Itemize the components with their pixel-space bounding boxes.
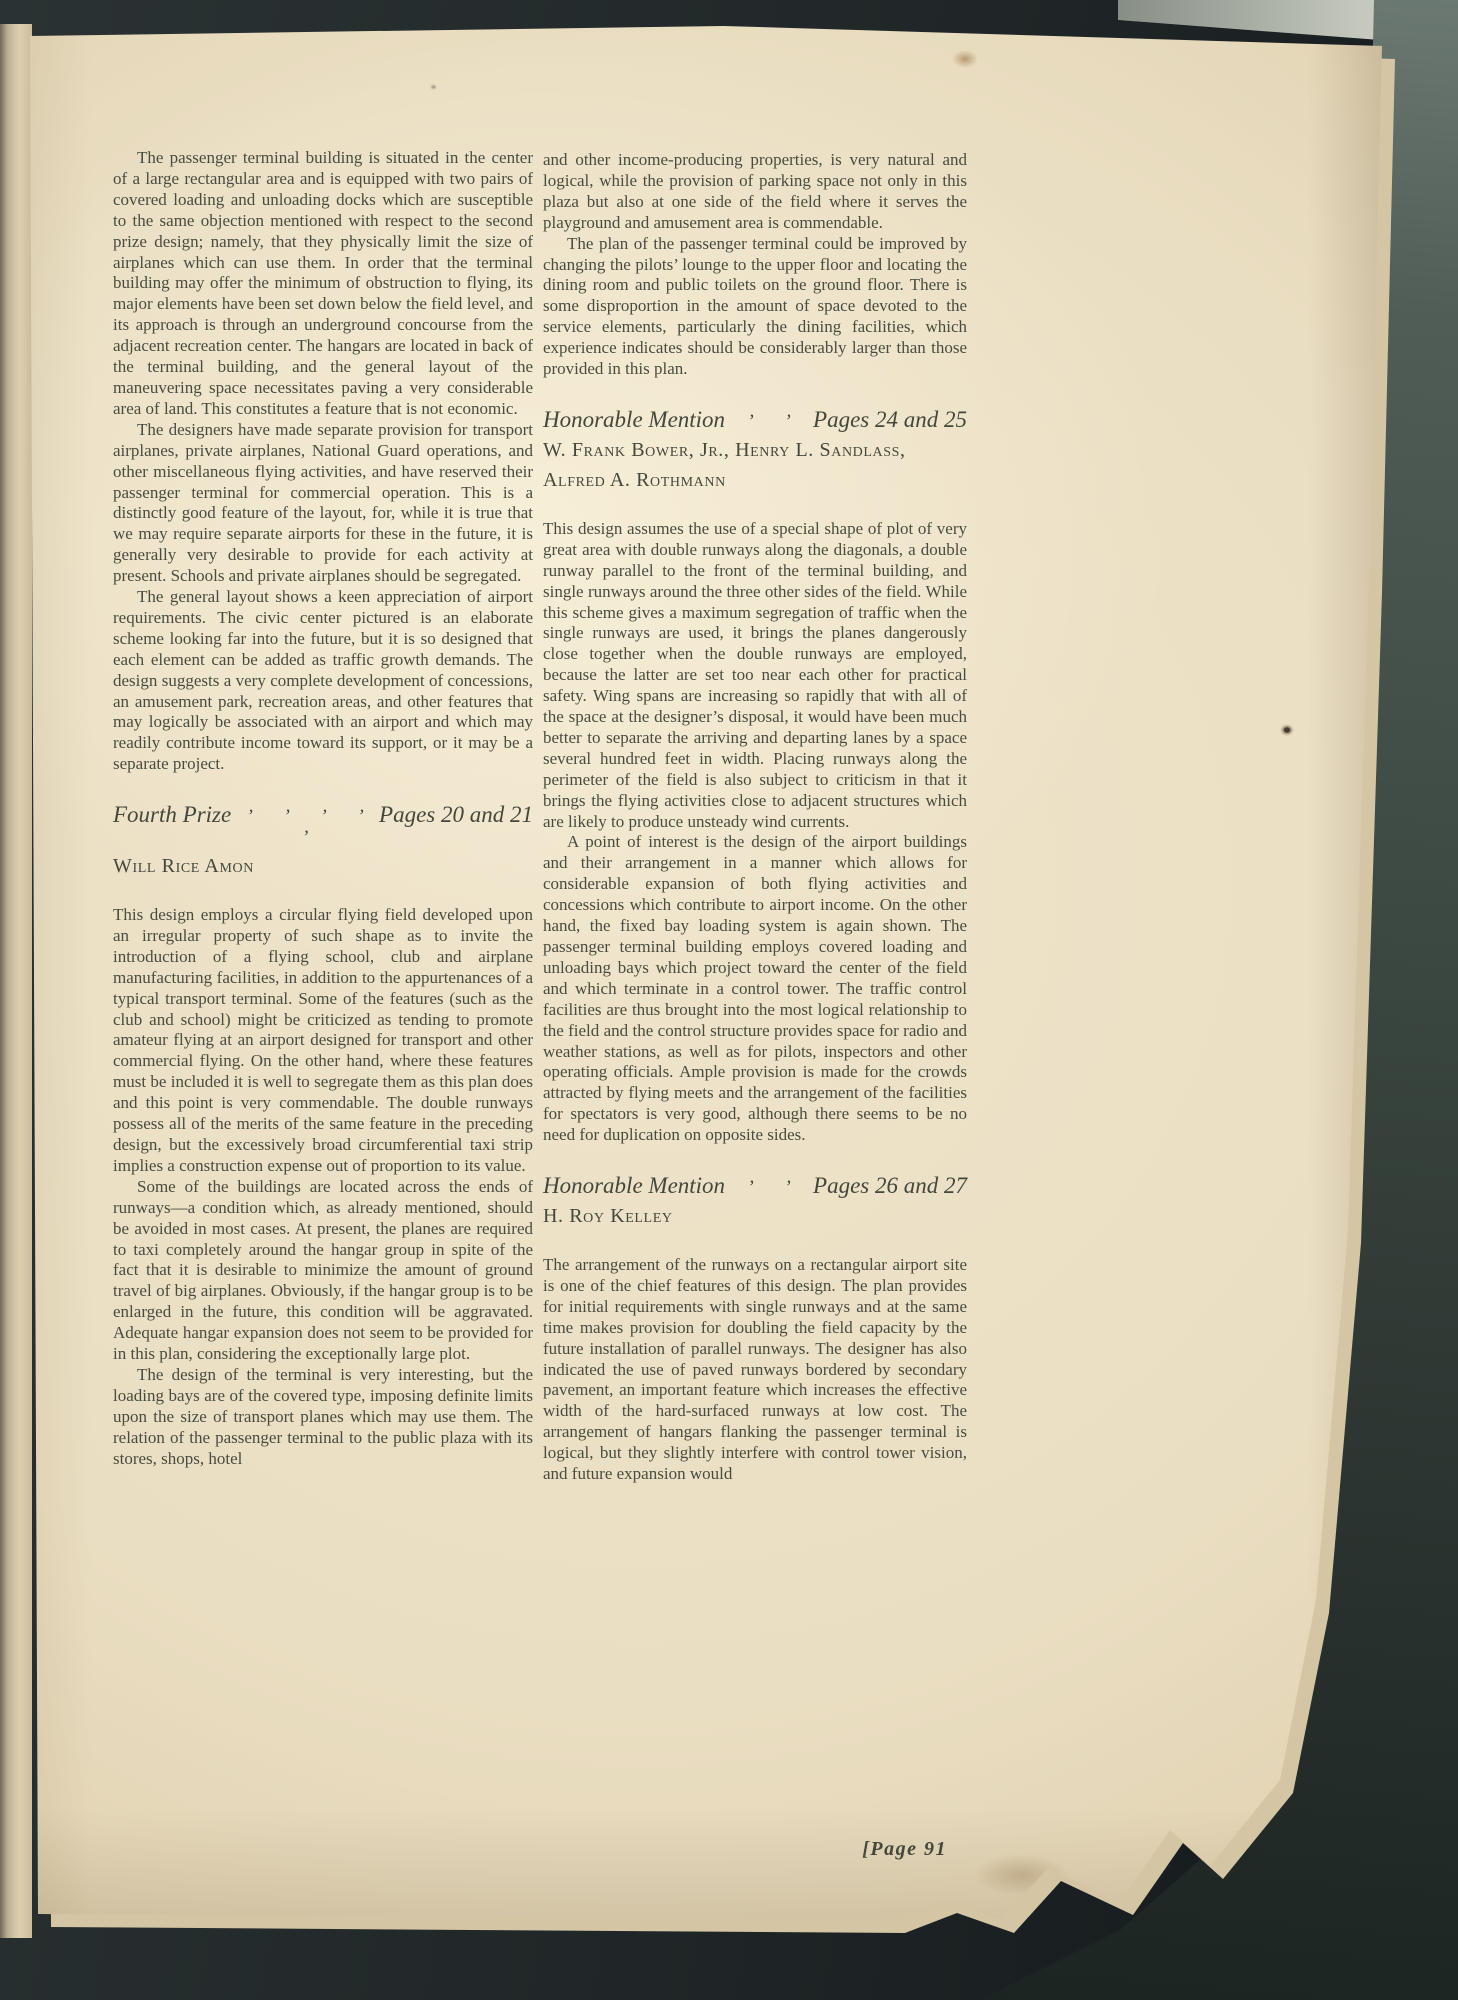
paragraph: The plan of the passenger terminal could… <box>543 234 967 380</box>
paragraph: Some of the buildings are located across… <box>113 1177 533 1365</box>
prize-heading-line: Fourth Prize ’ ’ ’ ’ ’ Pages 20 and 21 <box>113 805 533 849</box>
paper-speck <box>430 84 437 90</box>
heading-leader-marks: ’ ’ <box>725 1178 813 1199</box>
prize-heading-line: Honorable Mention ’ ’ Pages 24 and 25 <box>543 410 967 433</box>
prize-title: Honorable Mention <box>543 1176 725 1197</box>
page-number: [Page 91 <box>543 1838 967 1861</box>
paragraph: A point of interest is the design of the… <box>543 832 967 1146</box>
book-page: The passenger terminal building is situa… <box>24 20 1390 1942</box>
honorable-mention-2-heading: Honorable Mention ’ ’ Pages 26 and 27 H.… <box>543 1176 967 1229</box>
honorable-mention-1-heading: Honorable Mention ’ ’ Pages 24 and 25 W.… <box>543 410 967 493</box>
paper-speck <box>1280 724 1294 736</box>
paragraph: The designers have made separate provisi… <box>113 420 533 587</box>
prize-title: Fourth Prize <box>113 805 231 826</box>
page-stack-edge <box>0 24 32 1938</box>
paragraph: This design assumes the use of a special… <box>543 519 967 833</box>
prize-pages-reference: Pages 26 and 27 <box>813 1176 967 1197</box>
prize-title: Honorable Mention <box>543 410 725 431</box>
paragraph: The general layout shows a keen apprecia… <box>113 587 533 775</box>
paragraph: The arrangement of the runways on a rect… <box>543 1255 967 1485</box>
prize-author: Will Rice Amon <box>113 854 533 879</box>
paragraph: and other income-producing properties, i… <box>543 150 967 234</box>
paper-stain <box>952 50 978 68</box>
prize-author: Alfred A. Rothmann <box>543 468 967 493</box>
paragraph: This design employs a circular flying fi… <box>113 905 533 1177</box>
paragraph: The design of the terminal is very inter… <box>113 1365 533 1470</box>
prize-author: W. Frank Bower, Jr., Henry L. Sandlass, <box>543 438 967 463</box>
prize-pages-reference: Pages 24 and 25 <box>813 410 967 431</box>
heading-leader-marks: ’ ’ <box>725 412 813 433</box>
prize-heading-line: Honorable Mention ’ ’ Pages 26 and 27 <box>543 1176 967 1199</box>
paragraph: The passenger terminal building is situa… <box>113 148 533 420</box>
left-column: The passenger terminal building is situa… <box>113 148 533 1469</box>
prize-pages-reference: Pages 20 and 21 <box>379 805 533 826</box>
heading-leader-marks: ’ ’ ’ ’ ’ <box>231 807 379 849</box>
right-column: and other income-producing properties, i… <box>543 150 967 1485</box>
fourth-prize-section-heading: Fourth Prize ’ ’ ’ ’ ’ Pages 20 and 21 W… <box>113 805 533 879</box>
prize-author: H. Roy Kelley <box>543 1204 967 1229</box>
